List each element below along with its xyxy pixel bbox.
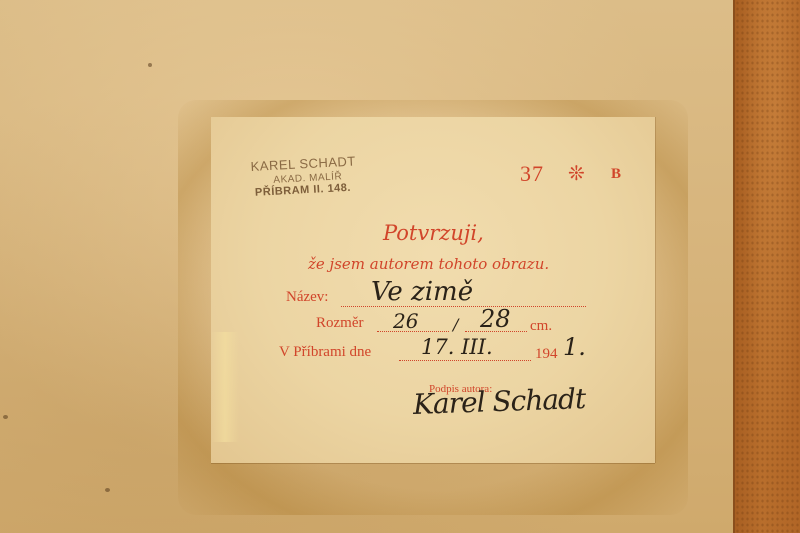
paper-speck	[148, 63, 152, 67]
size-height-value: 28	[480, 305, 511, 333]
year-prefix: 194	[535, 346, 558, 363]
size-width-value: 26	[393, 309, 418, 333]
certificate-heading: Potvrzuji,	[383, 221, 484, 245]
title-field-label: Název:	[286, 289, 328, 306]
place-date-label: V Příbrami dne	[279, 344, 371, 361]
size-unit: cm.	[530, 318, 552, 335]
date-field-value: 17. III.	[421, 335, 493, 359]
year-suffix: 1.	[563, 333, 586, 361]
certificate-label: KAREL SCHADT AKAD. MALÍŘ PŘÍBRAM II. 148…	[211, 117, 655, 463]
certificate-subheading: že jsem autorem tohoto obrazu.	[308, 255, 549, 273]
paper-speck	[105, 488, 110, 492]
wooden-frame-edge	[733, 0, 800, 533]
title-field-value: Ve zimě	[371, 277, 473, 307]
size-field-label: Rozměr	[316, 315, 363, 332]
flower-ornament-icon: ❊	[568, 161, 585, 186]
label-number: 37	[520, 161, 544, 187]
artist-signature: Karel Schadt	[412, 382, 585, 421]
series-letter: B	[611, 166, 621, 183]
paper-speck	[3, 415, 8, 419]
date-field-line	[399, 360, 531, 361]
size-separator: /	[453, 315, 458, 334]
stamp-address: PŘÍBRAM II. 148.	[255, 182, 352, 199]
